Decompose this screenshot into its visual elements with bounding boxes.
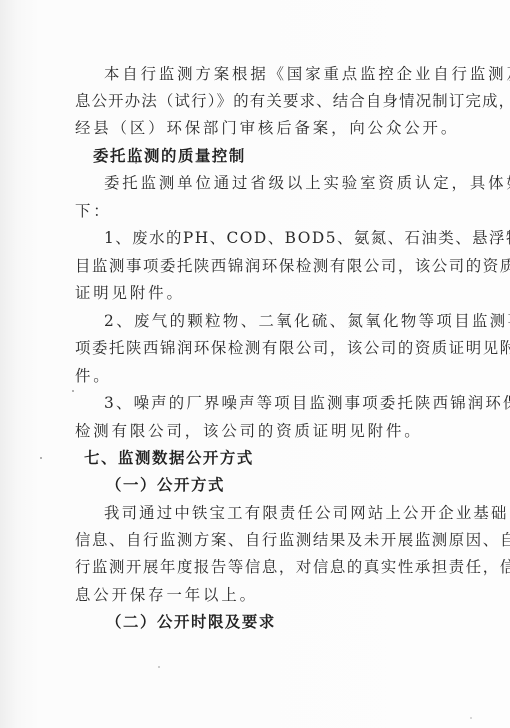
intro-line-1: 本自行监测方案根据《国家重点监控企业自行监测及信 [104,64,469,84]
scan-speck [470,717,472,719]
quality-intro-line-2: 下： [75,201,440,221]
item-1-line-1: 1、废水的PH、COD、BOD5、氨氮、石油类、悬浮物等项 [104,228,469,248]
item-2-line-1: 2、废气的颗粒物、二氧化硫、氮氧化物等项目监测事 [104,311,469,331]
disclosure-line-4: 息公开保存一年以上。 [75,585,440,605]
disclosure-line-2: 信息、自行监测方案、自行监测结果及未开展监测原因、自 [75,530,440,550]
item-1-line-2: 目监测事项委托陕西锦润环保检测有限公司，该公司的资质 [75,256,440,276]
item-1-line-3: 证明见附件。 [75,283,440,303]
heading-section-7: 七、监测数据公开方式 [84,448,449,468]
item-2-line-2: 项委托陕西锦润环保检测有限公司，该公司的资质证明见附 [75,338,440,358]
scan-speck [135,162,137,164]
quality-intro-line-1: 委托监测单位通过省级以上实验室资质认定，具体如 [104,173,469,193]
scan-speck [40,457,42,459]
heading-quality-control: 委托监测的质量控制 [93,146,458,166]
item-2-line-3: 件。 [75,366,440,386]
scan-speck [158,666,160,668]
intro-line-2: 息公开办法（试行）》的有关要求、结合自身情况制订完成， [75,91,440,111]
scanned-page: 本自行监测方案根据《国家重点监控企业自行监测及信 息公开办法（试行）》的有关要求… [0,0,510,728]
item-3-line-2: 检测有限公司，该公司的资质证明见附件。 [75,421,440,441]
scan-speck [72,390,74,392]
heading-disclosure-deadline: （二）公开时限及要求 [106,612,471,632]
disclosure-line-3: 行监测开展年度报告等信息，对信息的真实性承担责任，信 [75,557,440,577]
intro-line-3: 经县（区）环保部门审核后备案，向公众公开。 [75,118,440,138]
disclosure-line-1: 我司通过中铁宝工有限责任公司网站上公开企业基础 [104,503,469,523]
heading-disclosure-method: （一）公开方式 [106,475,471,495]
item-3-line-1: 3、噪声的厂界噪声等项目监测事项委托陕西锦润环保 [104,393,469,413]
